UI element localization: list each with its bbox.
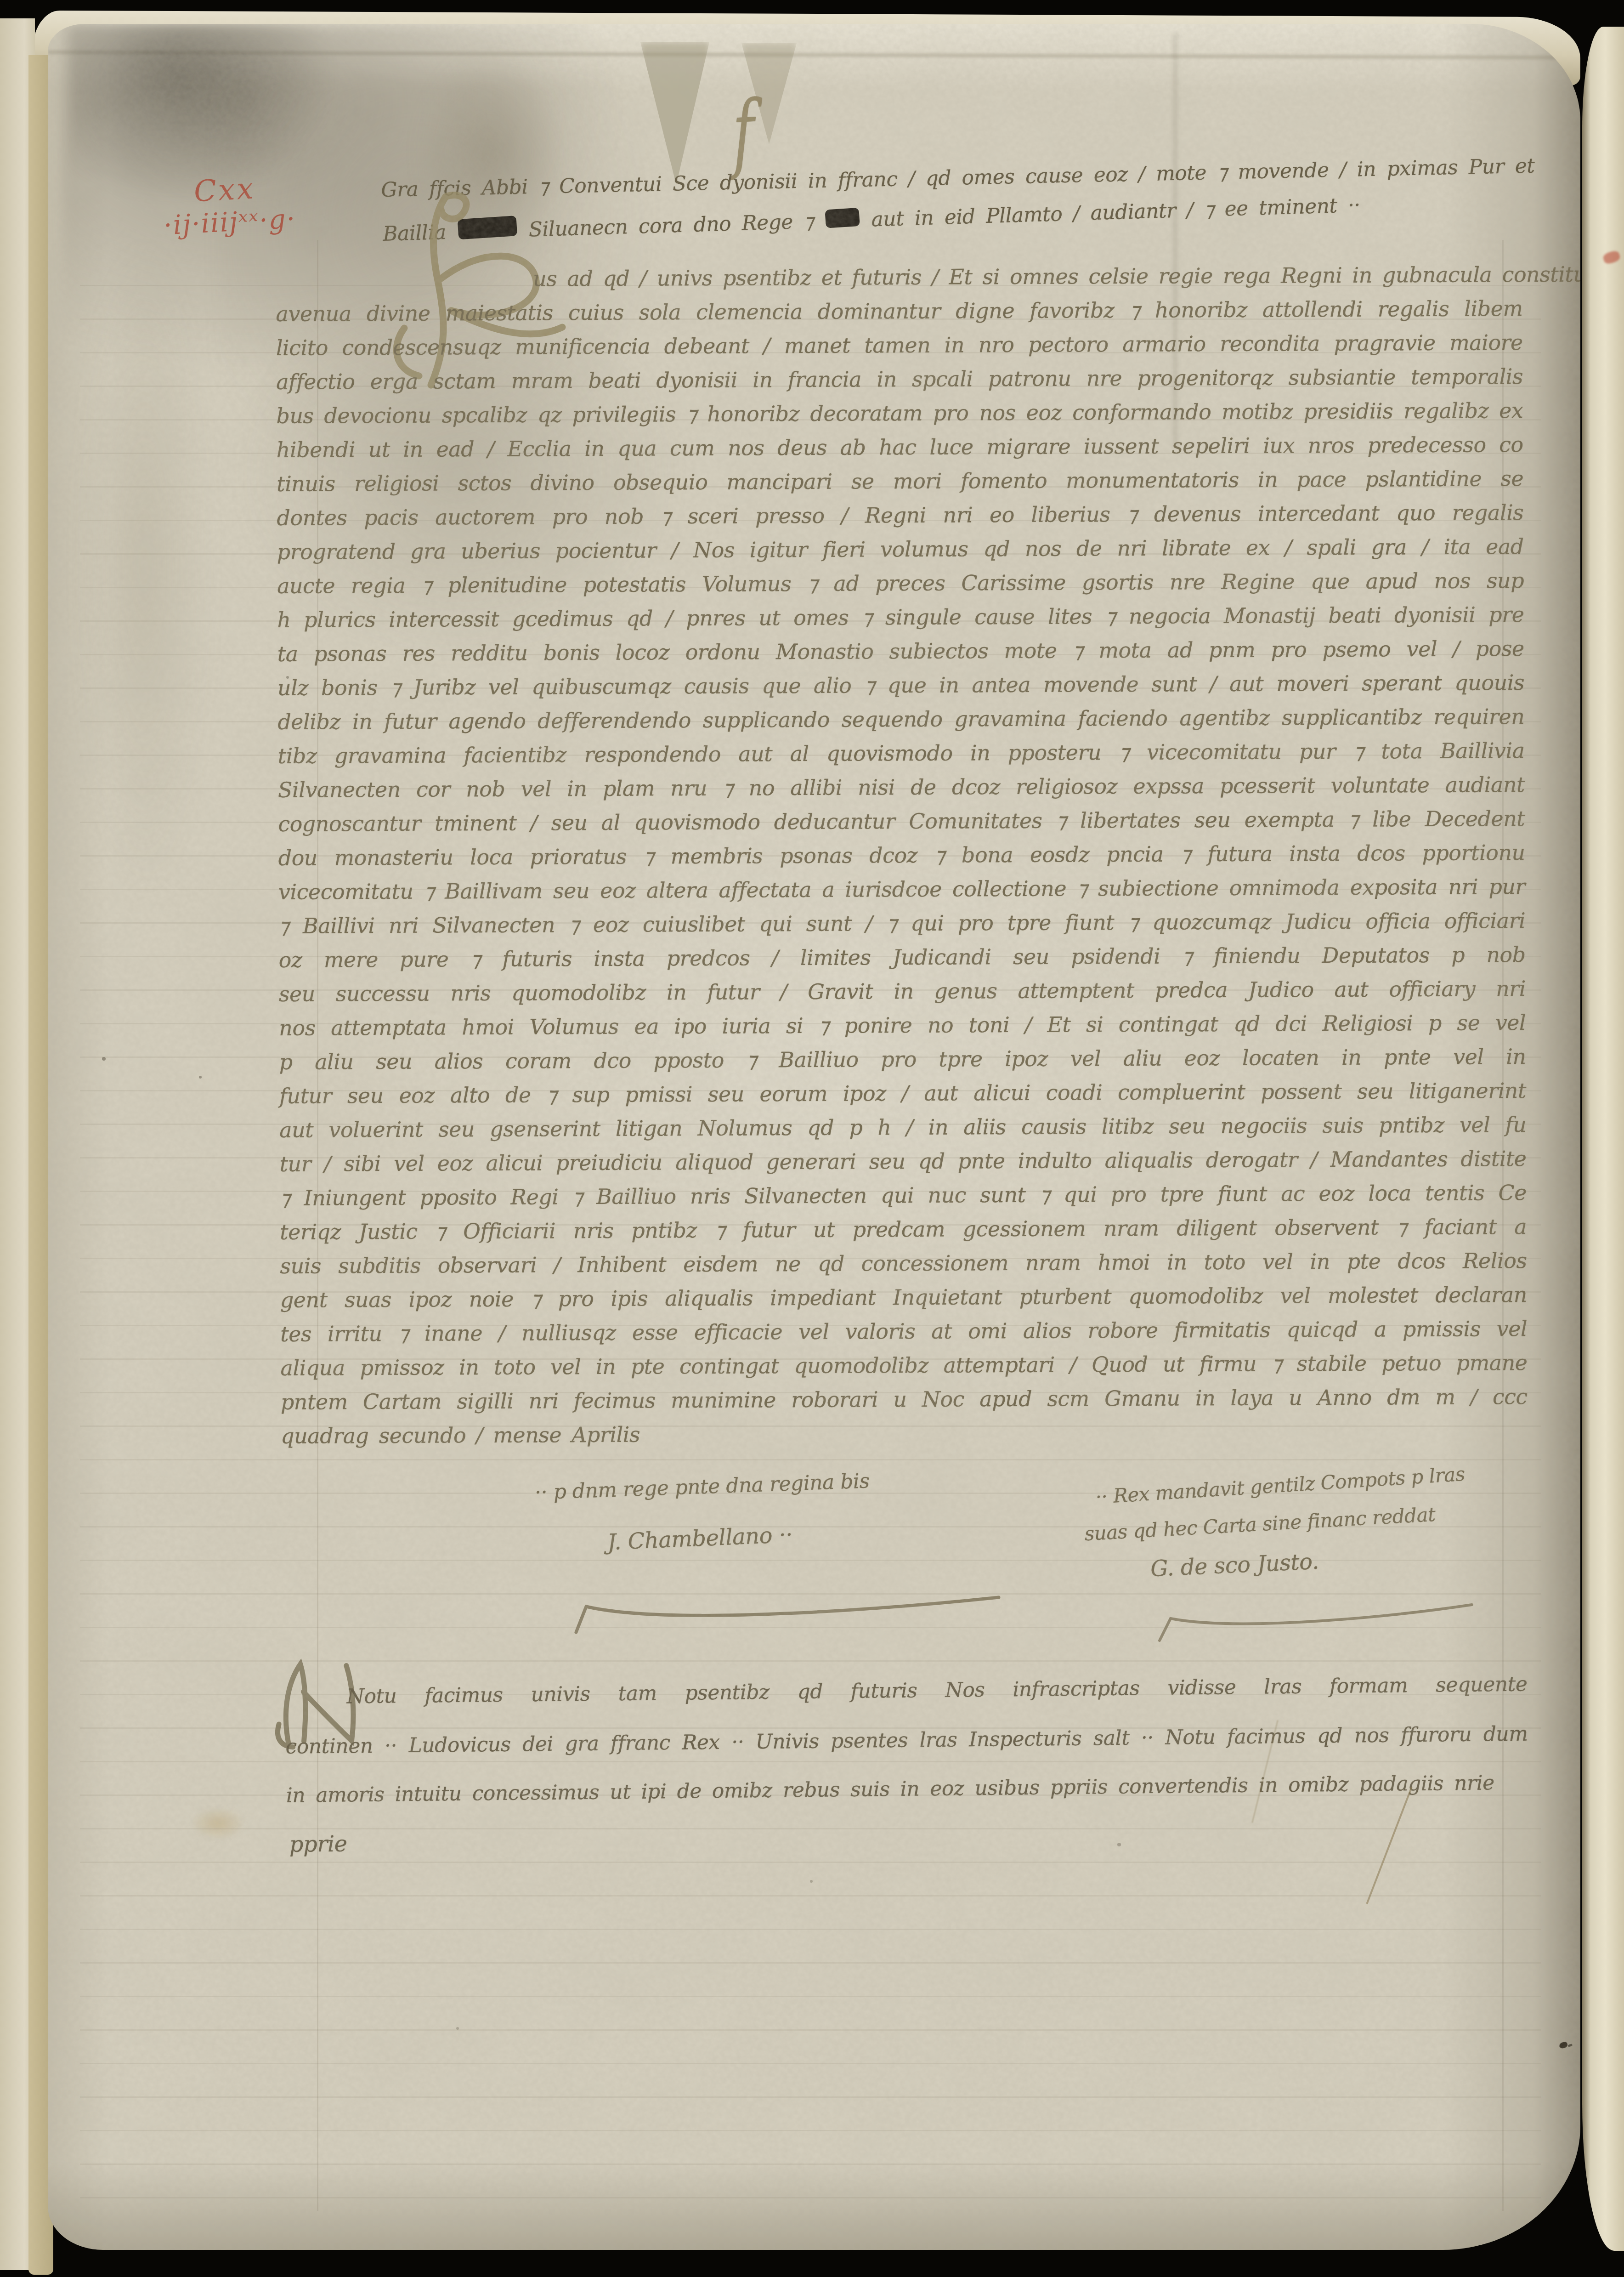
photograph-background: { "marks": { "top_mark": "f" }, "margin_… [0,0,1624,2277]
parchment-page: f Cxx ·ij·iiijˣˣ·g· Gra ffcis Abbi ⁊ Con… [48,24,1580,2250]
next-leaf-fore-edge [1582,27,1624,2251]
parchment-grain-texture [48,24,1580,2250]
